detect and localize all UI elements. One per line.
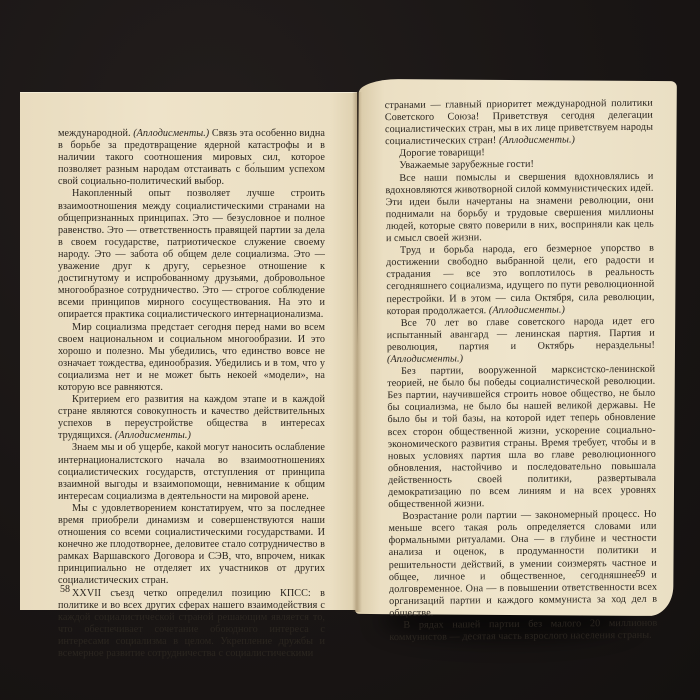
book-gutter bbox=[352, 92, 362, 612]
applause-note: (Аплодисменты.) bbox=[133, 128, 209, 139]
right-page-text: странами — главный приоритет международн… bbox=[385, 98, 658, 645]
applause-note: (Аплодисменты.) bbox=[489, 304, 565, 316]
open-booklet: международной. (Аплодисменты.) Связь эта… bbox=[0, 0, 700, 700]
paragraph: Мы с удовлетворением констатируем, что з… bbox=[58, 503, 325, 588]
paragraph: Возрастание роли партии — закономерный п… bbox=[388, 509, 657, 620]
paragraph: Все 70 лет во главе советского народа ид… bbox=[387, 315, 655, 366]
paragraph: Мир социализма предстает сегодня перед н… bbox=[58, 322, 325, 395]
paragraph: Накопленный опыт позволяет лучше строить… bbox=[58, 188, 325, 321]
paragraph: XXVII съезд четко определил позицию КПСС… bbox=[58, 588, 325, 661]
applause-note: (Аплодисменты.) bbox=[387, 353, 463, 365]
paragraph: странами — главный приоритет международн… bbox=[385, 98, 653, 149]
paragraph: Знаем мы и об ущербе, какой могут наноси… bbox=[58, 442, 325, 502]
paragraph: Труд и борьба народа, его безмерное упор… bbox=[386, 243, 655, 318]
paragraph: Критерием его развития на каждом этапе и… bbox=[58, 394, 325, 442]
paragraph: международной. (Аплодисменты.) Связь эта… bbox=[58, 128, 325, 188]
left-page-text: международной. (Аплодисменты.) Связь эта… bbox=[58, 128, 325, 660]
applause-note: (Аплодисменты.) bbox=[499, 135, 575, 147]
applause-note: (Аплодисменты.) bbox=[115, 430, 191, 441]
left-page: международной. (Аплодисменты.) Связь эта… bbox=[20, 92, 357, 610]
paragraph: Все наши помыслы и свершения вдохновляли… bbox=[385, 170, 654, 245]
right-page: странами — главный приоритет международн… bbox=[355, 79, 677, 616]
paragraph: Без партии, вооруженной марксистско-лени… bbox=[387, 364, 656, 511]
paragraph: В рядах нашей партии без малого 20 милли… bbox=[389, 618, 657, 645]
page-number-right: 59 bbox=[635, 569, 645, 580]
page-number-left: 58 bbox=[60, 584, 70, 595]
